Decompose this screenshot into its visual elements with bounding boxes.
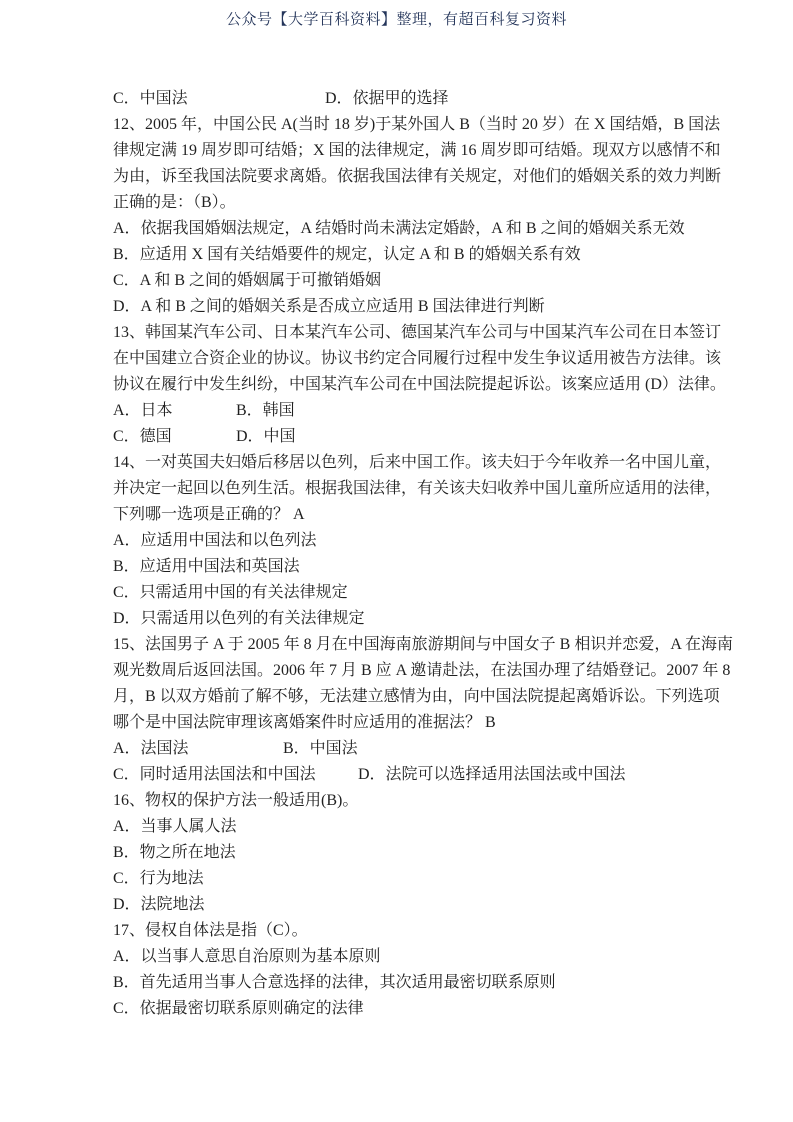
q16-option-b: B．物之所在地法 bbox=[113, 840, 685, 866]
q14-stem-line-3: 下列哪一选项是正确的？ A bbox=[113, 502, 685, 528]
q15-stem-line-1: 15、法国男子 A 于 2005 年 8 月在中国海南旅游期间与中国女子 B 相… bbox=[113, 632, 685, 658]
q15-option-a: A．法国法 bbox=[113, 736, 189, 762]
q17-option-b: B．首先适用当事人合意选择的法律，其次适用最密切联系原则 bbox=[113, 970, 685, 996]
q14-option-d: D．只需适用以色列的有关法律规定 bbox=[113, 606, 685, 632]
q12-option-b: B．应适用 X 国有关结婚要件的规定，认定 A 和 B 的婚姻关系有效 bbox=[113, 242, 685, 268]
q12-stem-line-4: 正确的是：（B）。 bbox=[113, 190, 685, 216]
q12-option-c: C．A 和 B 之间的婚姻属于可撤销婚姻 bbox=[113, 268, 685, 294]
q13-options-cd-row: C．德国 D．中国 bbox=[113, 424, 685, 450]
q14-option-a: A．应适用中国法和以色列法 bbox=[113, 528, 685, 554]
q12-stem-line-3: 为由，诉至我国法院要求离婚。依据我国法律有关规定，对他们的婚姻关系的效力判断 bbox=[113, 164, 685, 190]
q12-stem-line-1: 12、2005 年，中国公民 A(当时 18 岁)于某外国人 B（当时 20 岁… bbox=[113, 112, 685, 138]
q14-option-b: B．应适用中国法和英国法 bbox=[113, 554, 685, 580]
q16-stem-line-1: 16、物权的保护方法一般适用(B)。 bbox=[113, 788, 685, 814]
q14-option-c: C．只需适用中国的有关法律规定 bbox=[113, 580, 685, 606]
q14-stem-line-2: 并决定一起回以色列生活。根据我国法律，有关该夫妇收养中国儿童所应适用的法律， bbox=[113, 476, 685, 502]
q14-stem-line-1: 14、一对英国夫妇婚后移居以色列，后来中国工作。该夫妇于今年收养一名中国儿童， bbox=[113, 450, 685, 476]
q13-option-c: C．德国 bbox=[113, 424, 172, 450]
q12-stem-line-2: 律规定满 19 周岁即可结婚；X 国的法律规定，满 16 周岁即可结婚。现双方以… bbox=[113, 138, 685, 164]
q16-option-c: C．行为地法 bbox=[113, 866, 685, 892]
document-page: 公众号【大学百科资料】整理，有超百科复习资料 C．中国法 D．依据甲的选择 12… bbox=[0, 0, 793, 1122]
page-header-banner: 公众号【大学百科资料】整理，有超百科复习资料 bbox=[0, 8, 793, 29]
q15-option-b: B．中国法 bbox=[283, 736, 358, 762]
q13-stem-line-3: 协议在履行中发生纠纷，中国某汽车公司在中国法院提起诉讼。该案应适用 (D）法律。 bbox=[113, 372, 685, 398]
q15-options-ab-row: A．法国法 B．中国法 bbox=[113, 736, 685, 762]
q15-option-d: D．法院可以选择适用法国法或中国法 bbox=[358, 762, 626, 788]
q13-option-b: B．韩国 bbox=[236, 398, 295, 424]
q13-option-a: A．日本 bbox=[113, 398, 173, 424]
q13-stem-line-1: 13、韩国某汽车公司、日本某汽车公司、德国某汽车公司与中国某汽车公司在日本签订 bbox=[113, 320, 685, 346]
q16-option-d: D．法院地法 bbox=[113, 892, 685, 918]
q12-option-a: A．依据我国婚姻法规定，A 结婚时尚未满法定婚龄，A 和 B 之间的婚姻关系无效 bbox=[113, 216, 685, 242]
q15-stem-line-4: 哪个是中国法院审理该离婚案件时应适用的准据法？ B bbox=[113, 710, 685, 736]
q13-options-ab-row: A．日本 B．韩国 bbox=[113, 398, 685, 424]
q11-option-c: C．中国法 bbox=[113, 86, 188, 112]
q13-stem-line-2: 在中国建立合资企业的协议。协议书约定合同履行过程中发生争议适用被告方法律。该 bbox=[113, 346, 685, 372]
q13-option-d: D．中国 bbox=[236, 424, 296, 450]
q11-option-d: D．依据甲的选择 bbox=[325, 86, 449, 112]
q12-option-d: D．A 和 B 之间的婚姻关系是否成立应适用 B 国法律进行判断 bbox=[113, 294, 685, 320]
q17-option-a: A．以当事人意思自治原则为基本原则 bbox=[113, 944, 685, 970]
document-body: C．中国法 D．依据甲的选择 12、2005 年，中国公民 A(当时 18 岁)… bbox=[113, 86, 685, 1022]
q17-stem-line-1: 17、侵权自体法是指（C）。 bbox=[113, 918, 685, 944]
q15-option-c: C．同时适用法国法和中国法 bbox=[113, 762, 316, 788]
q15-options-cd-row: C．同时适用法国法和中国法 D．法院可以选择适用法国法或中国法 bbox=[113, 762, 685, 788]
q15-stem-line-3: 月，B 以双方婚前了解不够，无法建立感情为由，向中国法院提起离婚诉讼。下列选项 bbox=[113, 684, 685, 710]
q17-option-c: C．依据最密切联系原则确定的法律 bbox=[113, 996, 685, 1022]
q11-options-cd-row: C．中国法 D．依据甲的选择 bbox=[113, 86, 685, 112]
q16-option-a: A．当事人属人法 bbox=[113, 814, 685, 840]
q15-stem-line-2: 观光数周后返回法国。2006 年 7 月 B 应 A 邀请赴法，在法国办理了结婚… bbox=[113, 658, 685, 684]
